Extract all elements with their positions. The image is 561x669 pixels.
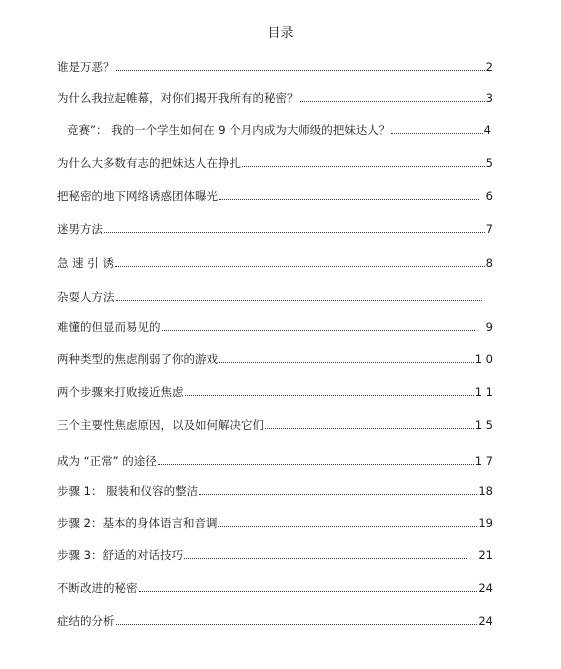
dot-leader — [199, 490, 477, 495]
dot-leader — [116, 296, 483, 301]
dot-leader — [391, 129, 482, 134]
dot-leader — [218, 522, 477, 527]
toc-entry-page-number: 18 — [478, 483, 493, 499]
toc-title: 目录 — [0, 22, 561, 41]
toc-entry-title: 把秘密的地下网络诱惑团体曝光 — [57, 188, 218, 204]
toc-entry-title: 三个主要性焦虑原因，以及如何解决它们 — [57, 417, 264, 433]
dot-leader — [184, 554, 467, 559]
dot-leader — [116, 66, 485, 71]
toc-entry[interactable]: 步骤 1： 服装和仪容的整洁 18 — [57, 481, 493, 499]
toc-entry[interactable]: 难懂的但显而易见的 9 — [57, 317, 493, 335]
toc-entry-title: 杂耍人方法 — [57, 289, 115, 305]
dot-leader — [116, 620, 478, 625]
dot-leader — [265, 424, 474, 429]
toc-entry-page-number: 3 — [486, 90, 493, 106]
toc-entry-title: 步骤 1： 服装和仪容的整洁 — [57, 483, 198, 499]
toc-entry-title: 步骤 3：舒适的对话技巧 — [57, 547, 183, 563]
toc-entry-title: 成为 “正常” 的途径 — [57, 453, 157, 469]
toc-entry[interactable]: 为什么我拉起帷幕，对你们揭开我所有的秘密？ 3 — [57, 88, 493, 106]
toc-entry-title: 难懂的但显而易见的 — [57, 319, 161, 335]
dot-leader — [162, 326, 475, 331]
toc-entry-page-number: 9 — [476, 319, 493, 335]
toc-entry[interactable]: 杂耍人方法 — [57, 287, 489, 305]
toc-entry-page-number: 1 7 — [475, 453, 493, 469]
toc-entry-page-number: 5 — [486, 155, 493, 171]
toc-entry-title: 急 速 引 诱 — [57, 255, 114, 271]
toc-entry-title: 谁是万恶？ — [57, 59, 115, 75]
dot-leader — [300, 97, 485, 102]
toc-entry[interactable]: 三个主要性焦虑原因，以及如何解决它们 1 5 — [57, 415, 493, 433]
toc-entry[interactable]: 两种类型的焦虑削弱了你的游戏 1 0 — [57, 349, 493, 367]
toc-entry-title: 迷男方法 — [57, 221, 103, 237]
toc-entry-title: 症结的分析 — [57, 613, 115, 629]
toc-entry-page-number: 24 — [478, 613, 493, 629]
toc-entry[interactable]: 步骤 2：基本的身体语言和音调 19 — [57, 513, 493, 531]
toc-entry-page-number: 19 — [478, 515, 493, 531]
toc-entry-page-number: 7 — [486, 221, 493, 237]
toc-entry[interactable]: 把秘密的地下网络诱惑团体曝光 6 — [57, 186, 493, 204]
dot-leader — [185, 391, 474, 396]
toc-entry-page-number: 1 0 — [475, 351, 493, 367]
toc-entry-title: 两种类型的焦虑削弱了你的游戏 — [57, 351, 218, 367]
dot-leader — [242, 162, 485, 167]
toc-entry[interactable]: 急 速 引 诱 8 — [57, 253, 493, 271]
toc-entry-title: 为什么大多数有志的把妹达人在挣扎 — [57, 155, 241, 171]
toc-entry-page-number: 2 — [486, 59, 493, 75]
toc-entry[interactable]: 症结的分析 24 — [57, 611, 493, 629]
dot-leader — [219, 195, 479, 200]
toc-entry[interactable]: 谁是万恶？ 2 — [57, 57, 493, 75]
toc-entry-page-number: 24 — [478, 580, 493, 596]
dot-leader — [139, 587, 478, 592]
toc-entry[interactable]: 为什么大多数有志的把妹达人在挣扎 5 — [57, 153, 493, 171]
toc-entry[interactable]: 竞赛”： 我的一个学生如何在 9 个月内成为大师级的把妹达人？ 4 — [57, 120, 491, 138]
dot-leader — [158, 460, 474, 465]
toc-entry-page-number: 4 — [484, 122, 491, 138]
toc-entry-title: 不断改进的秘密 — [57, 580, 138, 596]
dot-leader — [219, 358, 474, 363]
dot-leader — [115, 262, 485, 267]
toc-entry[interactable]: 成为 “正常” 的途径 1 7 — [57, 451, 493, 469]
toc-entry-page-number: 1 1 — [475, 384, 493, 400]
toc-entry[interactable]: 不断改进的秘密 24 — [57, 578, 493, 596]
toc-entry[interactable]: 迷男方法 7 — [57, 219, 493, 237]
toc-entry[interactable]: 步骤 3：舒适的对话技巧 21 — [57, 545, 493, 563]
dot-leader — [104, 228, 485, 233]
toc-entry-title: 两个步骤来打败接近焦虑 — [57, 384, 184, 400]
toc-entry-page-number: 8 — [486, 255, 493, 271]
toc-entry-title: 步骤 2：基本的身体语言和音调 — [57, 515, 217, 531]
toc-entry-page-number: 1 5 — [475, 417, 493, 433]
toc-entry-title: 竞赛”： 我的一个学生如何在 9 个月内成为大师级的把妹达人？ — [67, 122, 390, 138]
toc-entry-page-number: 21 — [468, 547, 493, 563]
toc-entry[interactable]: 两个步骤来打败接近焦虑 1 1 — [57, 382, 493, 400]
toc-entry-title: 为什么我拉起帷幕，对你们揭开我所有的秘密？ — [57, 90, 299, 106]
toc-entry-page-number: 6 — [480, 188, 493, 204]
